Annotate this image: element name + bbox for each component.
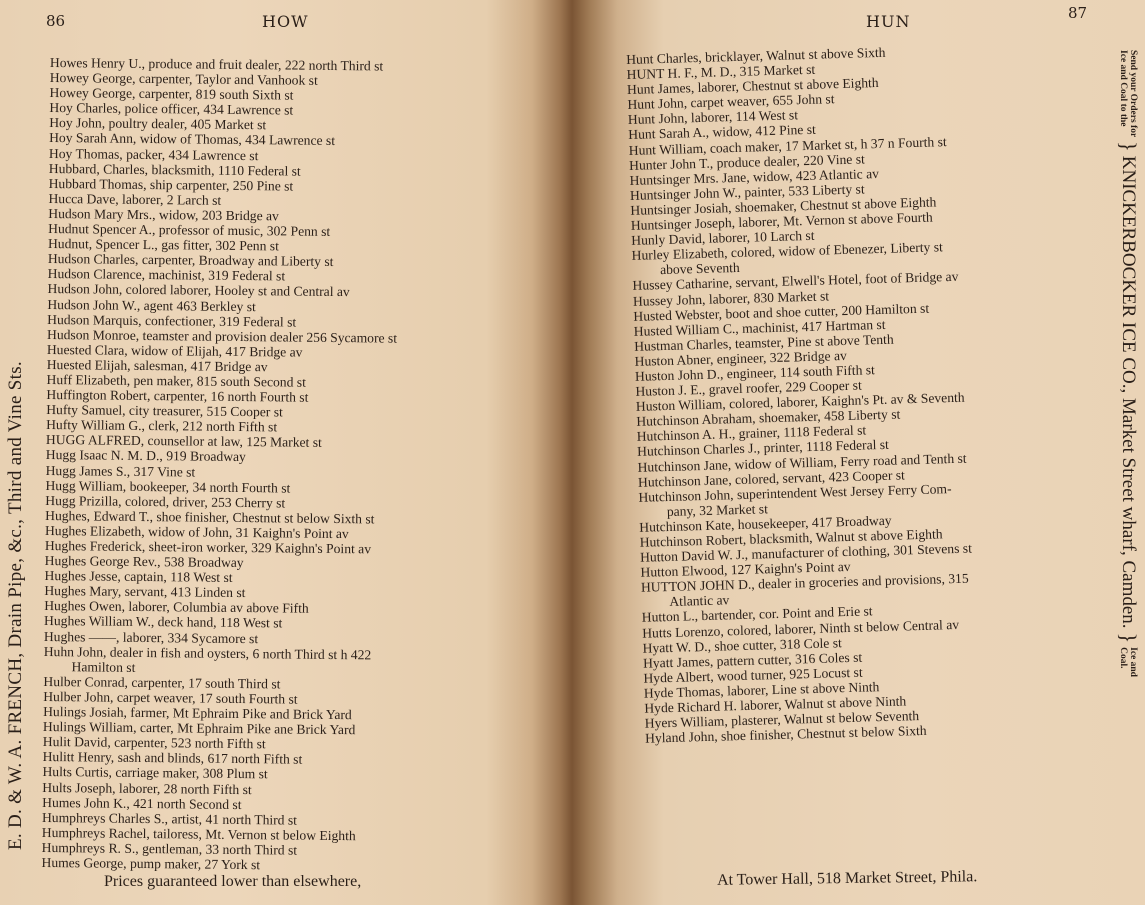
running-head: HOW <box>262 12 309 31</box>
side-advertisement: E. D. & W. A. FRENCH, Drain Pipe, &c., T… <box>5 361 27 850</box>
right-page: 87 HUN Hunt Charles, bricklayer, Walnut … <box>572 0 1145 905</box>
running-head: HUN <box>866 12 910 31</box>
left-page: 86 HOW Howes Henry U., produce and fruit… <box>0 0 572 905</box>
directory-entries: Hunt Charles, bricklayer, Walnut st abov… <box>626 43 977 746</box>
advert-main: KNICKERBOCKER ICE CO., Market Street wha… <box>1117 156 1139 629</box>
page-footer: Prices guaranteed lower than elsewhere, <box>104 873 361 891</box>
directory-entries: Howes Henry U., produce and fruit dealer… <box>41 55 399 874</box>
advert-suffix: Ice and Coal. <box>1118 647 1138 677</box>
side-advertisement-right: Send your Orders for Ice and Coal to the… <box>1115 50 1141 677</box>
advert-prefix: Send your Orders for Ice and Coal to the <box>1118 50 1138 137</box>
brace-icon: } <box>1115 633 1141 644</box>
page-footer: At Tower Hall, 518 Market Street, Phila. <box>717 868 978 890</box>
page-number: 87 <box>1068 4 1087 22</box>
brace-icon: } <box>1115 141 1141 152</box>
directory-entry: Humes George, pump maker, 27 York st <box>41 855 391 874</box>
page-number: 86 <box>46 12 65 30</box>
